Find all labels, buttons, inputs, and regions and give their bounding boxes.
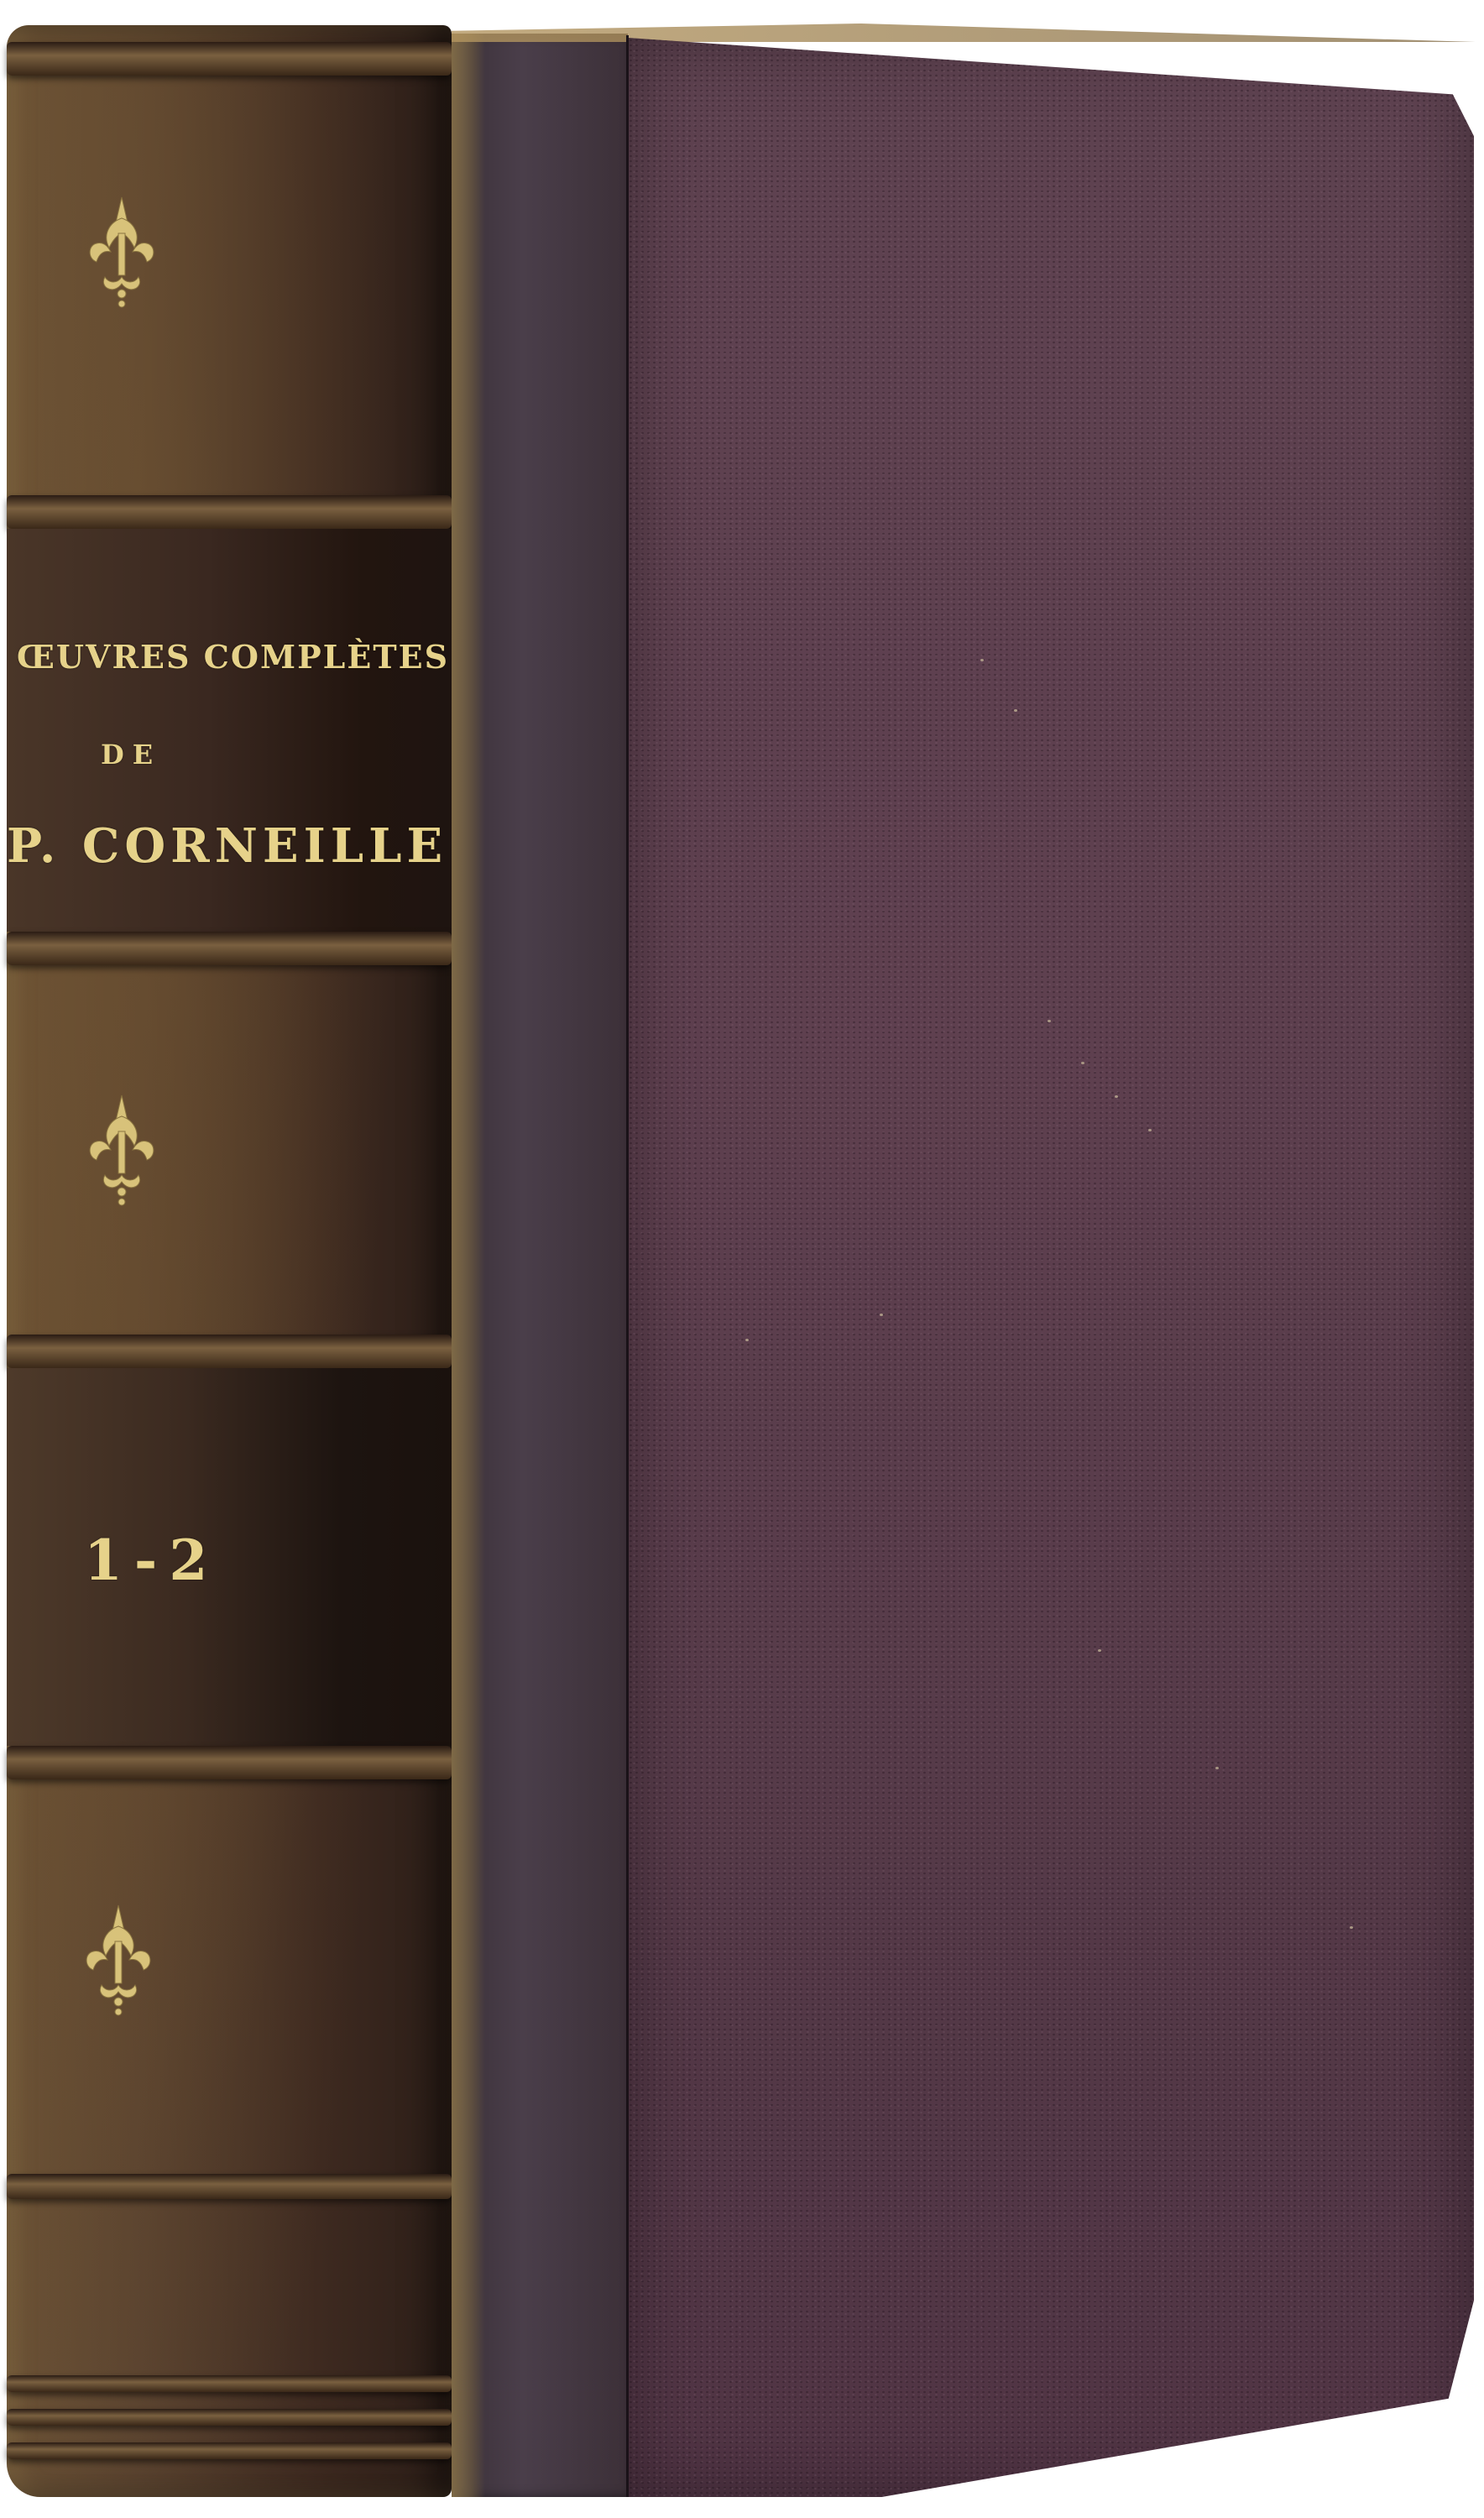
speck — [1048, 1020, 1051, 1022]
speck — [1350, 1926, 1353, 1929]
spine-tail-fillet — [7, 2442, 452, 2459]
speck — [1115, 1095, 1118, 1098]
speck — [1148, 1129, 1152, 1131]
speck — [980, 659, 984, 661]
spine-author-name: P. CORNEILLE — [7, 818, 447, 874]
board-top-edge — [452, 24, 1476, 42]
spine-title-line-1: ŒUVRES COMPLÈTES — [17, 638, 449, 676]
spine-raised-band — [7, 42, 452, 76]
volume-number: 1-2 — [84, 1528, 219, 1593]
spine-raised-band — [7, 932, 452, 965]
spine-raised-band — [7, 1335, 452, 1368]
spine-title-label: ŒUVRES COMPLÈTES DE P. CORNEILLE — [7, 529, 452, 932]
spine-raised-band — [7, 495, 452, 529]
speck — [880, 1314, 883, 1316]
speck — [745, 1339, 749, 1341]
board-hinge-line — [626, 35, 629, 2497]
spine-raised-band — [7, 1746, 452, 1779]
speck — [1014, 709, 1017, 712]
spine-tail-fillet — [7, 2409, 452, 2426]
speck — [1215, 1767, 1219, 1769]
spine-title-line-2: DE — [101, 739, 161, 771]
board-texture — [628, 38, 1474, 2497]
spine-raised-band — [7, 2174, 452, 2199]
book-photo: ŒUVRES COMPLÈTES DE P. CORNEILLE 1-2 — [0, 0, 1484, 2518]
front-board — [628, 38, 1474, 2497]
joint-worn-edge — [452, 34, 485, 2497]
spine-tail-fillet — [7, 2375, 452, 2392]
spine-volume-label: 1-2 — [7, 1368, 452, 1746]
fleuron-ornament-icon — [76, 193, 168, 311]
speck — [1081, 1062, 1084, 1064]
speck — [1098, 1649, 1101, 1652]
fleuron-ornament-icon — [72, 1901, 165, 2019]
fleuron-ornament-icon — [76, 1091, 168, 1209]
book-spine: ŒUVRES COMPLÈTES DE P. CORNEILLE 1-2 — [7, 25, 452, 2497]
